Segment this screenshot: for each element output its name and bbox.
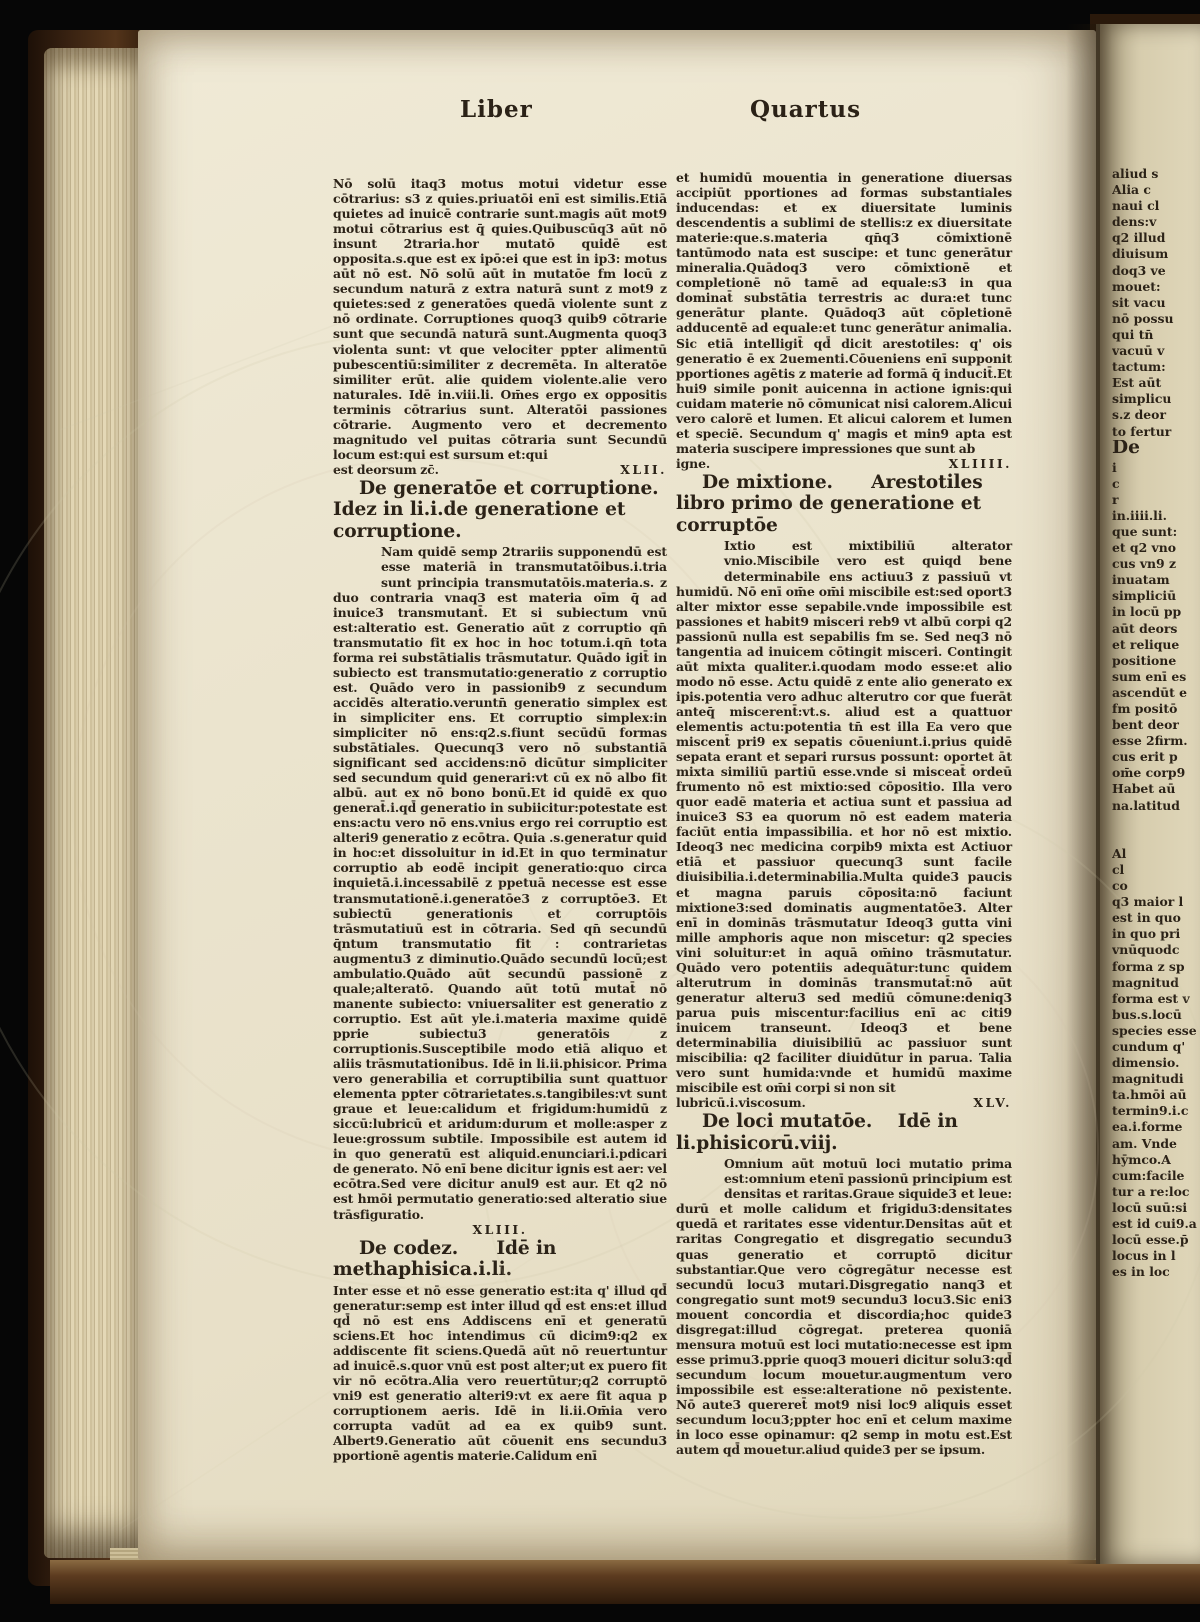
partial-text-line: vnūquodc: [1112, 942, 1200, 958]
partial-text-line: est in quo: [1112, 910, 1200, 926]
photo-stage: Liber Quartus Nō solū itaq3 motus motui …: [0, 0, 1200, 1622]
chapter-number: XLII.: [620, 462, 667, 477]
section-heading: De mixtione. Arestotiles libro primo de …: [676, 472, 1012, 537]
partial-text-line: et relique: [1112, 637, 1200, 653]
partial-text-line: cus erit p: [1112, 749, 1200, 765]
partial-text-line: es in loc: [1112, 1264, 1200, 1280]
partial-text-line: hȳmco.A: [1112, 1152, 1200, 1168]
partial-text-line: bent deor: [1112, 717, 1200, 733]
partial-text-line: termin9.i.c: [1112, 1103, 1200, 1119]
partial-text-line: doq3 ve: [1112, 263, 1200, 279]
partial-text-line: forma est v: [1112, 991, 1200, 1007]
partial-text-line: to fertur: [1112, 424, 1200, 440]
paragraph-end-text: lubricū.i.viscosum.: [676, 1095, 806, 1110]
partial-text-line: in locū pp: [1112, 604, 1200, 620]
partial-text-line: in.iiii.li.: [1112, 508, 1200, 524]
partial-text-line: Est aūt: [1112, 375, 1200, 391]
partial-text-line: ascendūt e: [1112, 685, 1200, 701]
text-column-partial: aliud sAlia cnaui cldens:vq2 illuddiuisu…: [1112, 166, 1200, 1280]
partial-text-line: aūt deors: [1112, 621, 1200, 637]
partial-text-line: dimensio.: [1112, 1055, 1200, 1071]
paragraph-end-line: igne.XLIIII.: [676, 456, 1012, 471]
paragraph-end-line: lubricū.i.viscosum.XLV.: [676, 1095, 1012, 1110]
partial-text-line: diuisum: [1112, 246, 1200, 262]
partial-text-line: inuatam: [1112, 572, 1200, 588]
body-paragraph: Nō solū itaq3 motus motui videtur esse c…: [333, 176, 667, 462]
partial-section-heading: De: [1112, 440, 1200, 460]
partial-text-line: bus.s.locū: [1112, 1007, 1200, 1023]
partial-text-line: fm positō: [1112, 701, 1200, 717]
section-heading: De codez. Idē in methaphisica.i.li.: [333, 1238, 667, 1281]
partial-text-line: cus vn9 z: [1112, 556, 1200, 572]
partial-text-line: naui cl: [1112, 198, 1200, 214]
partial-text-line: cum:facile: [1112, 1168, 1200, 1184]
drop-cap-space: [676, 538, 724, 583]
body-paragraph: Nam quidē semp 2trariis supponendū est e…: [333, 544, 667, 1221]
book-page-verso: Liber Quartus Nō solū itaq3 motus motui …: [138, 30, 1096, 1560]
partial-text-line: s.z deor: [1112, 407, 1200, 423]
partial-text-line: in quo pri: [1112, 926, 1200, 942]
partial-text-line: sit vacu: [1112, 295, 1200, 311]
partial-text-line: et q2 vno: [1112, 540, 1200, 556]
paragraph-end-text: est deorsum zc̄.: [333, 462, 439, 477]
partial-text-line: nō possu: [1112, 311, 1200, 327]
partial-text-line: q2 illud: [1112, 230, 1200, 246]
partial-text-line: dens:v: [1112, 214, 1200, 230]
partial-text-line: mouet:: [1112, 279, 1200, 295]
partial-text-line: aliud s: [1112, 166, 1200, 182]
partial-text-line: cl: [1112, 862, 1200, 878]
running-head-liber: Liber: [460, 96, 533, 123]
partial-text-line: est id cui9.a: [1112, 1216, 1200, 1232]
partial-text-line: qui tn̄: [1112, 327, 1200, 343]
partial-text-line: na.latitud: [1112, 798, 1200, 814]
book-page-next-partial: aliud sAlia cnaui cldens:vq2 illuddiuisu…: [1096, 24, 1200, 1564]
partial-text-line: c: [1112, 476, 1200, 492]
partial-text-line: esse 2firm.: [1112, 733, 1200, 749]
partial-text-line: om̄e corp9: [1112, 765, 1200, 781]
drop-cap-space: [676, 1156, 724, 1201]
chapter-number: XLIIII.: [949, 456, 1012, 471]
body-paragraph: Omnium aūt motuū loci mutatio prima est:…: [676, 1156, 1012, 1457]
text-column-right: et humidū mouentia in generatione diuers…: [676, 170, 1012, 1457]
partial-text-line: locū suū:si: [1112, 1200, 1200, 1216]
partial-text-line: am. Vnde: [1112, 1136, 1200, 1152]
partial-text-line: locū esse.p̄: [1112, 1232, 1200, 1248]
partial-text-line: Alia c: [1112, 182, 1200, 198]
partial-text-line: species esse: [1112, 1023, 1200, 1039]
drop-cap-space: [333, 544, 381, 589]
body-paragraph: Inter esse et nō esse generatio est:ita …: [333, 1283, 667, 1464]
section-heading: De generatōe et corruptione. Idez in li.…: [333, 478, 667, 543]
paragraph-end-line: est deorsum zc̄.XLII.: [333, 462, 667, 477]
paragraph-end-text: igne.: [676, 456, 710, 471]
partial-text-line: tur a re:loc: [1112, 1184, 1200, 1200]
partial-text-line: [1112, 830, 1200, 846]
partial-text-line: sum enī es: [1112, 669, 1200, 685]
partial-text-line: magnitudi: [1112, 1071, 1200, 1087]
partial-text-line: Al: [1112, 846, 1200, 862]
chapter-number: XLV.: [973, 1095, 1012, 1110]
partial-text-line: que sunt:: [1112, 524, 1200, 540]
partial-text-line: locus in l: [1112, 1248, 1200, 1264]
partial-text-line: simpliciū: [1112, 588, 1200, 604]
running-head-quartus: Quartus: [750, 96, 861, 123]
partial-text-line: [1112, 814, 1200, 830]
body-paragraph: et humidū mouentia in generatione diuers…: [676, 170, 1012, 456]
body-paragraph: Ixtio est mixtibiliū alterator vnio.Misc…: [676, 538, 1012, 1095]
partial-text-line: Habet aū: [1112, 781, 1200, 797]
partial-text-line: tactum:: [1112, 359, 1200, 375]
fanned-page-edges: [44, 48, 144, 1558]
partial-text-line: co: [1112, 878, 1200, 894]
partial-text-line: magnitud: [1112, 975, 1200, 991]
partial-text-line: r: [1112, 492, 1200, 508]
partial-text-line: cundum q': [1112, 1039, 1200, 1055]
bottom-cover-leather: [50, 1560, 1200, 1604]
section-heading: De loci mutatōe. Idē in li.phisicorū.vii…: [676, 1111, 1012, 1154]
partial-text-line: simplicu: [1112, 391, 1200, 407]
partial-text-line: ta.hmōi aū: [1112, 1087, 1200, 1103]
partial-text-line: q3 maior l: [1112, 894, 1200, 910]
text-column-left: Nō solū itaq3 motus motui videtur esse c…: [333, 176, 667, 1463]
partial-text-line: ea.i.forme: [1112, 1119, 1200, 1135]
partial-text-line: i: [1112, 460, 1200, 476]
partial-text-line: positione: [1112, 653, 1200, 669]
partial-text-line: vacuū v: [1112, 343, 1200, 359]
running-head: Liber Quartus: [138, 96, 1096, 130]
chapter-number: XLIII.: [333, 1222, 667, 1237]
partial-text-line: forma z sp: [1112, 959, 1200, 975]
